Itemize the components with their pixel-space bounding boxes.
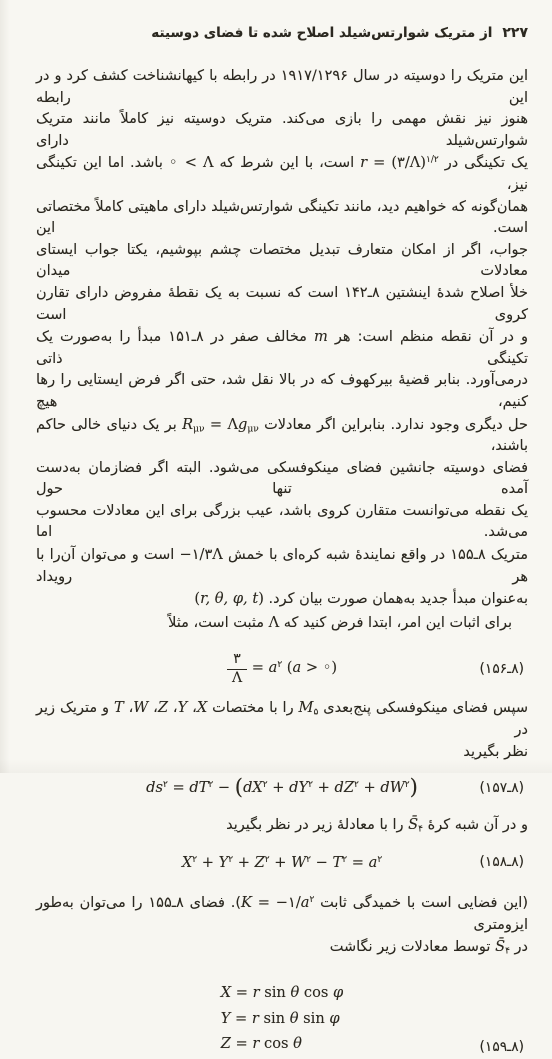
book-page: ۲۲۷ از متریک شوارتس‌شیلد اصلاح شده تا فض… [0, 0, 552, 773]
inline-math: Z [158, 699, 168, 716]
text-line: برای اثبات این امر، ابتدا فرض کنید که Λ … [36, 612, 528, 635]
inline-math: r = (۳/Λ)۱/۲ [360, 154, 439, 171]
inline-math: (r, θ, φ, t) [194, 590, 263, 607]
equation-content: ۳Λ = a۲ (a > ◦) [227, 651, 337, 687]
persian-text: ، [148, 700, 158, 716]
persian-text: فضای دوسیته جانشین فضای مینکوفسکی می‌شود… [36, 460, 528, 498]
fraction: ۳Λ [227, 651, 247, 687]
persian-text: حل دیگری وجود ندارد. بنابراین اگر معادلا… [259, 417, 528, 433]
persian-text: همان‌گونه که خواهیم دید، مانند تکینگی شو… [36, 199, 528, 237]
text-line: یک تکینگی در r = (۳/Λ)۱/۲ است، با این شر… [36, 152, 528, 196]
inline-math: m [314, 328, 328, 345]
paragraph-2: برای اثبات این امر، ابتدا فرض کنید که Λ … [36, 612, 528, 635]
persian-text: متریک ۸ـ۱۵۵ در واقع نمایندۀ شبه کره‌ای ب… [223, 547, 528, 563]
text-line: به‌عنوان مبدأ جدید به‌همان صورت بیان کرد… [36, 588, 528, 611]
text-line: همان‌گونه که خواهیم دید، مانند تکینگی شو… [36, 197, 528, 240]
persian-text: است، با این شرط که [214, 155, 361, 171]
persian-text: ، [124, 700, 134, 716]
text-line: فضای دوسیته جانشین فضای مینکوفسکی می‌شود… [36, 458, 528, 501]
inline-math: ◦ < Λ [169, 154, 214, 171]
inline-math: M۵ [299, 699, 319, 716]
text-line: جواب، اگر از امکان متعارف تبدیل مختصات چ… [36, 240, 528, 283]
inline-math: Λ [269, 614, 280, 631]
persian-text: خلأ اصلاح شدۀ اینشتین ۸ـ۱۴۲ است که نسبت … [36, 285, 528, 323]
text-line: یک نقطه می‌توانست متقارن کروی باشد، عیب … [36, 501, 528, 544]
inline-math: W [133, 699, 148, 716]
text-line: سپس فضای مینکوفسکی پنج‌بعدی M۵ را با مخت… [36, 697, 528, 741]
text-line: حل دیگری وجود ندارد. بنابراین اگر معادلا… [36, 414, 528, 458]
persian-text: ، [187, 700, 197, 716]
inline-math: −۱/۳Λ [179, 546, 222, 563]
persian-text: برای اثبات این امر، ابتدا فرض کنید که [279, 615, 512, 631]
equation-number: (۸ـ۱۵۶) [480, 661, 524, 677]
persian-text: این متریک را دوسیته در سال ۱۹۱۷/۱۲۹۶ در … [36, 68, 528, 106]
persian-text: به‌عنوان مبدأ جدید به‌همان صورت بیان کرد… [264, 591, 528, 607]
inline-math: Y [178, 699, 188, 716]
persian-text: هنوز نیز نقش مهمی را بازی می‌کند. متریک … [36, 111, 528, 149]
persian-text: درمی‌آورد. بنابر قضیۀ بیرکهوف که در بالا… [36, 372, 528, 410]
inline-math: Rμν = Λgμν [182, 416, 259, 433]
persian-text: مثبت است، مثلاً [168, 615, 268, 631]
equation-156: ۳Λ = a۲ (a > ◦)(۸ـ۱۵۶) [36, 651, 528, 687]
text-line: این متریک را دوسیته در سال ۱۹۱۷/۱۲۹۶ در … [36, 66, 528, 109]
inline-math: ۳Λ = a۲ (a > ◦) [227, 659, 337, 676]
paragraph-1: این متریک را دوسیته در سال ۱۹۱۷/۱۲۹۶ در … [36, 66, 528, 611]
persian-text: ، [168, 700, 178, 716]
persian-text: را با مختصات [207, 700, 298, 716]
inline-math: T [114, 699, 124, 716]
persian-text: جواب، اگر از امکان متعارف تبدیل مختصات چ… [36, 242, 528, 280]
persian-text: و در آن نقطه منظم است: هر [328, 329, 528, 345]
running-header-title: از متریک شوارتس‌شیلد اصلاح شده تا فضای د… [151, 25, 492, 41]
running-header: ۲۲۷ از متریک شوارتس‌شیلد اصلاح شده تا فض… [36, 25, 528, 41]
inline-math: X [197, 699, 207, 716]
text-line: هنوز نیز نقش مهمی را بازی می‌کند. متریک … [36, 109, 528, 152]
text-line: خلأ اصلاح شدۀ اینشتین ۸ـ۱۴۲ است که نسبت … [36, 283, 528, 326]
text-line: متریک ۸ـ۱۵۵ در واقع نمایندۀ شبه کره‌ای ب… [36, 544, 528, 588]
text-line: نظر بگیرید [36, 742, 528, 764]
page-body: این متریک را دوسیته در سال ۱۹۱۷/۱۲۹۶ در … [36, 66, 528, 773]
paragraph-3: سپس فضای مینکوفسکی پنج‌بعدی M۵ را با مخت… [36, 697, 528, 763]
page-number: ۲۲۷ [502, 25, 528, 41]
persian-text: یک نقطه می‌توانست متقارن کروی باشد، عیب … [36, 503, 528, 541]
text-line: درمی‌آورد. بنابر قضیۀ بیرکهوف که در بالا… [36, 370, 528, 413]
text-line: و در آن نقطه منظم است: هر m مخالف صفر در… [36, 326, 528, 370]
persian-text: یک تکینگی در [439, 155, 528, 171]
persian-text: سپس فضای مینکوفسکی پنج‌بعدی [318, 700, 528, 716]
persian-text: نظر بگیرید [463, 744, 528, 760]
